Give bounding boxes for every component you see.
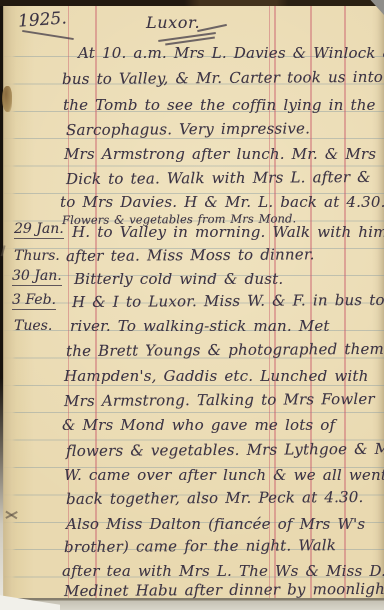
pencil-scribble — [4, 507, 19, 524]
diary-line: Sarcophagus. Very impressive. — [66, 119, 310, 139]
diary-line: H & I to Luxor. Miss W. & F. in bus to — [72, 291, 384, 311]
ink-stain — [2, 86, 12, 112]
diary-line: Medinet Habu after dinner by moonlight. — [64, 580, 384, 600]
margin-date-3-feb: 3 Feb. — [12, 292, 56, 310]
diary-line: after tea. Miss Moss to dinner. — [66, 245, 315, 265]
diary-line: Also Miss Dalton (fiancée of Mrs W's — [66, 515, 365, 533]
diary-line: river. To walking-stick man. Met — [70, 317, 330, 335]
year-underline-flourish — [22, 30, 74, 40]
page-title: Luxor. — [146, 13, 200, 32]
diary-line: bus to Valley, & Mr. Carter took us into — [62, 68, 383, 88]
diary-line: the Tomb to see the coffin lying in the — [63, 96, 376, 114]
diary-line: flowers & vegetables. Mrs Lythgoe & Mrs — [66, 440, 384, 460]
diary-year: 1925. — [17, 8, 67, 31]
diary-line: brother) came for the night. Walk — [64, 536, 336, 556]
diary-page-scan: 1925. Luxor. 29 Jan. Thurs. 30 Jan. 3 Fe… — [0, 0, 384, 610]
diary-line: Hampden's, Gaddis etc. Lunched with — [64, 367, 369, 385]
margin-date-29-jan: 29 Jan. — [14, 221, 64, 239]
margin-line-left-1 — [68, 6, 70, 598]
diary-line: & Mrs Mond who gave me lots of — [62, 416, 335, 434]
diary-line: Bitterly cold wind & dust. — [74, 270, 283, 288]
diary-line: the Brett Youngs & photographed them. — [66, 340, 384, 360]
diary-line: Mrs Armstrong after lunch. Mr. & Mrs — [64, 145, 376, 163]
diary-line: H. to Valley in morning. Walk with him — [72, 223, 384, 241]
diary-line: back together, also Mr. Peck at 4.30. — [66, 488, 364, 508]
page-top-edge — [0, 0, 384, 6]
diary-line: after tea with Mrs L. The Ws & Miss D. t… — [62, 562, 384, 580]
diary-line: to Mrs Davies. H & Mr. L. back at 4.30. — [60, 193, 384, 211]
margin-date-30-jan: 30 Jan. — [12, 268, 62, 286]
diary-line: W. came over after lunch & we all went — [64, 466, 384, 484]
diary-line: Dick to tea. Walk with Mrs L. after & — [66, 168, 371, 188]
diary-line: At 10. a.m. Mrs L. Davies & Winlock & I … — [78, 44, 384, 62]
diary-line: Mrs Armstrong. Talking to Mrs Fowler — [64, 390, 375, 410]
title-dash-flourish — [197, 24, 227, 32]
margin-day-tues: Tues. — [14, 318, 52, 334]
margin-day-thurs: Thurs. — [14, 248, 60, 264]
